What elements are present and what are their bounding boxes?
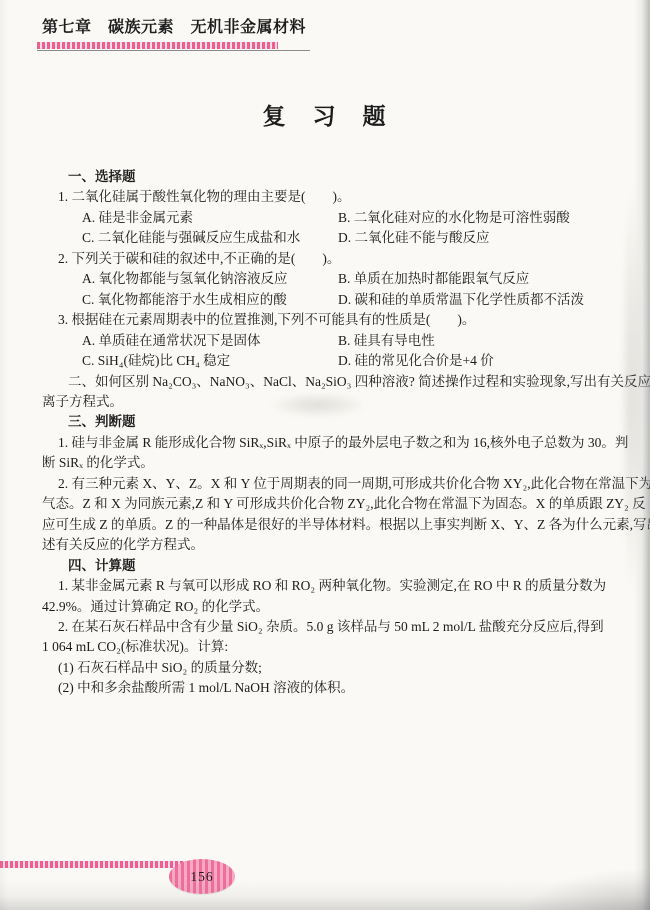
question-3-options-ab: A. 单质硅在通常状况下是固体 B. 硅具有导电性	[42, 331, 614, 351]
calc-q1-line-1: 1. 某非金属元素 R 与氧可以形成 RO 和 RO₂ 两种氧化物。实验测定,在…	[42, 576, 614, 596]
section-two-line-2: 离子方程式。	[42, 392, 614, 412]
option-a: A. 硅是非金属元素	[42, 208, 338, 228]
option-d: D. 硅的常见化合价是+4 价	[338, 351, 614, 371]
section-heading-judgment: 三、判断题	[42, 412, 614, 432]
question-1-stem: 1. 二氧化硅属于酸性氧化物的理由主要是( )。	[42, 187, 614, 207]
option-c: C. SiH₄(硅烷)比 CH₄ 稳定	[42, 351, 338, 371]
question-2-stem: 2. 下列关于碳和硅的叙述中,不正确的是( )。	[42, 249, 614, 269]
question-3-stem: 3. 根据硅在元素周期表中的位置推测,下列不可能具有的性质是( )。	[42, 310, 614, 330]
calc-q1-line-2: 42.9%。通过计算确定 RO₂ 的化学式。	[42, 597, 614, 617]
question-2-options-cd: C. 氧化物都能溶于水生成相应的酸 D. 碳和硅的单质常温下化学性质都不活泼	[42, 290, 614, 310]
section-two-line-1: 二、如何区别 Na₂CO₃、NaNO₃、NaCl、Na₂SiO₃ 四种溶液? 简…	[42, 372, 614, 392]
footer-striped-bar	[0, 861, 197, 868]
option-c: C. 氧化物都能溶于水生成相应的酸	[42, 290, 338, 310]
judgment-q1-line-1: 1. 硅与非金属 R 能形成化合物 SiRₓ,SiRₓ 中原子的最外层电子数之和…	[42, 433, 614, 453]
judgment-q2-line-3: 应可生成 Z 的单质。Z 的一种晶体是很好的半导体材料。根据以上事实判断 X、Y…	[42, 515, 614, 535]
calc-q2-line-1: 2. 在某石灰石样品中含有少量 SiO₂ 杂质。5.0 g 该样品与 50 mL…	[42, 617, 614, 637]
option-a: A. 单质硅在通常状况下是固体	[42, 331, 338, 351]
question-1-options-ab: A. 硅是非金属元素 B. 二氧化硅对应的水化物是可溶性弱酸	[42, 208, 614, 228]
page-number: 156	[190, 869, 213, 885]
calc-q2-line-2: 1 064 mL CO₂(标准状况)。计算:	[42, 637, 614, 657]
judgment-q2-line-2: 气态。Z 和 X 为同族元素,Z 和 Y 可形成共价化合物 ZY₂,此化合物在常…	[42, 494, 614, 514]
option-b: B. 单质在加热时都能跟氧气反应	[338, 269, 614, 289]
header-striped-bar	[37, 42, 278, 49]
question-1-options-cd: C. 二氧化硅能与强碱反应生成盐和水 D. 二氧化硅不能与酸反应	[42, 228, 614, 248]
judgment-q1-line-2: 断 SiRₓ 的化学式。	[42, 453, 614, 473]
judgment-q2-line-4: 述有关反应的化学方程式。	[42, 535, 614, 555]
textbook-page: 第七章 碳族元素 无机非金属材料 复 习 题 一、选择题 1. 二氧化硅属于酸性…	[0, 0, 650, 910]
calc-q2-subitem-2: (2) 中和多余盐酸所需 1 mol/L NaOH 溶液的体积。	[42, 678, 614, 698]
page-title: 复 习 题	[0, 98, 650, 131]
option-b: B. 硅具有导电性	[338, 331, 614, 351]
option-b: B. 二氧化硅对应的水化物是可溶性弱酸	[338, 208, 614, 228]
question-2-options-ab: A. 氧化物都能与氢氧化钠溶液反应 B. 单质在加热时都能跟氧气反应	[42, 269, 614, 289]
question-3-options-cd: C. SiH₄(硅烷)比 CH₄ 稳定 D. 硅的常见化合价是+4 价	[42, 351, 614, 371]
section-heading-choice: 一、选择题	[42, 167, 614, 187]
question-content: 一、选择题 1. 二氧化硅属于酸性氧化物的理由主要是( )。 A. 硅是非金属元…	[42, 167, 614, 699]
option-d: D. 碳和硅的单质常温下化学性质都不活泼	[338, 290, 614, 310]
page-number-badge: 156	[169, 859, 235, 894]
option-c: C. 二氧化硅能与强碱反应生成盐和水	[42, 228, 338, 248]
header-rule-line	[37, 50, 310, 51]
section-heading-calculation: 四、计算题	[42, 556, 614, 576]
option-a: A. 氧化物都能与氢氧化钠溶液反应	[42, 269, 338, 289]
calc-q2-subitem-1: (1) 石灰石样品中 SiO₂ 的质量分数;	[42, 658, 614, 678]
option-d: D. 二氧化硅不能与酸反应	[338, 228, 614, 248]
chapter-header: 第七章 碳族元素 无机非金属材料	[42, 14, 306, 37]
judgment-q2-line-1: 2. 有三种元素 X、Y、Z。X 和 Y 位于周期表的同一周期,可形成共价化合物…	[42, 474, 614, 494]
